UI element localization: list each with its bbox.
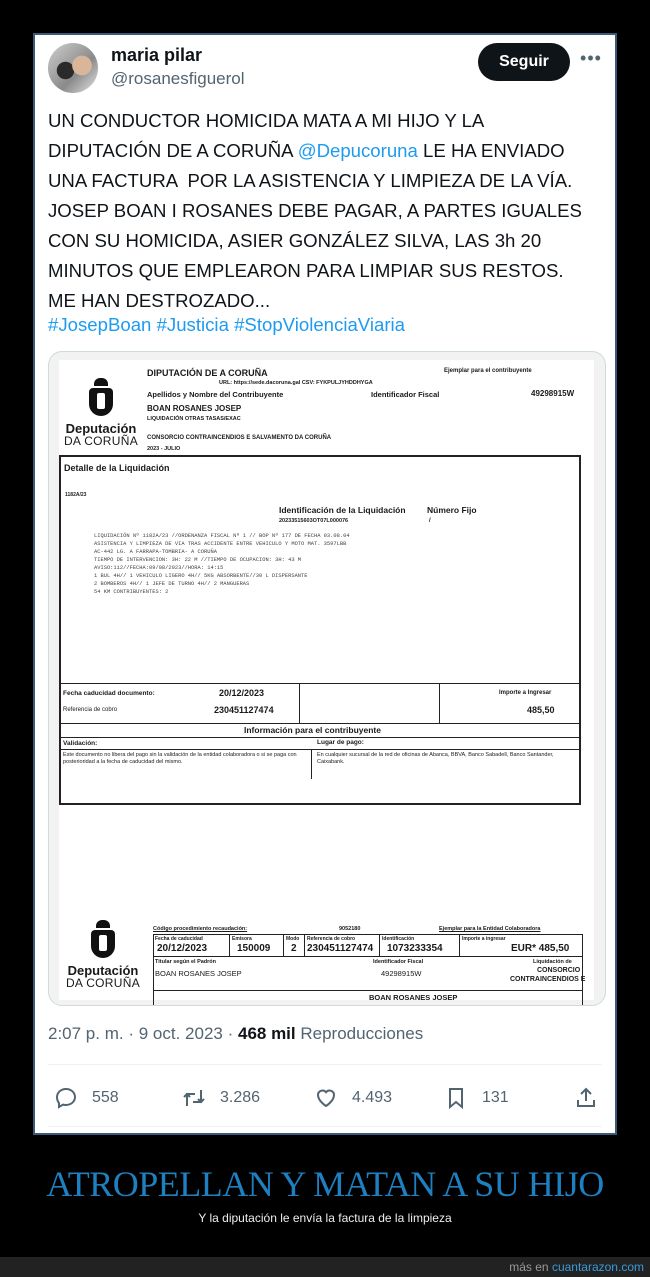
mention-link[interactable]: @Depucoruna [298, 140, 418, 161]
crest-icon [89, 920, 117, 960]
retweet-icon [182, 1086, 206, 1110]
tweet-text-part2: LE HA ENVIADO UNA FACTURA POR LA ASISTEN… [48, 140, 582, 311]
more-horizontal-icon[interactable]: ••• [580, 51, 602, 71]
tweet-card: maria pilar @rosanesfiguerol Seguir ••• … [33, 33, 617, 1135]
bookmark-count: 131 [482, 1089, 509, 1107]
place-label: Lugar de pago: [317, 739, 364, 746]
follow-button[interactable]: Seguir [478, 43, 570, 81]
retweet-button[interactable]: 3.286 [182, 1080, 260, 1116]
tweet-meta: 2:07 p. m. · 9 oct. 2023 · 468 mil Repro… [48, 1024, 423, 1044]
info-title: Información para el contribuyente [244, 725, 381, 735]
slip-issuer: 150009 [237, 943, 270, 954]
fixed-number-value: / [429, 518, 431, 524]
validation-label: Validación: [63, 740, 97, 747]
ident-value: 20233515603OT07L000076 [279, 518, 348, 524]
hashtags: #JosepBoan #Justicia #StopViolenciaViari… [48, 310, 405, 340]
footer-site-link[interactable]: cuantarazon.com [552, 1260, 644, 1274]
divider [48, 1064, 602, 1065]
author-handle[interactable]: @rosanesfiguerol [111, 69, 245, 89]
slip-fiscal: 49298915W [381, 969, 421, 978]
consortium: CONSORCIO CONTRAINCENDIOS E SALVAMENTO D… [147, 435, 331, 441]
like-button[interactable]: 4.493 [314, 1080, 392, 1116]
amount-label: Importe a Ingresar [499, 690, 551, 696]
fiscal-id: 49298915W [531, 389, 574, 398]
procedure-label: Código procedimiento recaudación: [153, 926, 247, 932]
views-label: Reproducciones [300, 1024, 423, 1043]
taxpayer-name: BOAN ROSANES JOSEP [147, 404, 241, 413]
period: 2023 - JULIO [147, 446, 180, 452]
tweet-media-image[interactable]: Deputación DA CORUÑA DIPUTACIÓN DE A COR… [48, 351, 606, 1006]
place-text: En cualquier sucursal de la red de ofici… [317, 752, 579, 765]
slip-mode: 2 [291, 943, 297, 954]
like-count: 4.493 [352, 1089, 392, 1107]
expiry-value: 20/12/2023 [219, 688, 264, 698]
invoice-document: Deputación DA CORUÑA DIPUTACIÓN DE A COR… [59, 360, 594, 1000]
detail-title: Detalle de la Liquidación [64, 463, 170, 473]
share-button[interactable] [574, 1080, 598, 1116]
ref-label: Referencia de cobro [63, 707, 117, 713]
tweet-header: maria pilar @rosanesfiguerol Seguir ••• [48, 43, 602, 99]
slip-ref: 230451127474 [307, 943, 373, 954]
fiscal-id-label: Identificador Fiscal [371, 390, 439, 399]
author-name[interactable]: maria pilar [111, 45, 202, 66]
reply-button[interactable]: 558 [54, 1080, 119, 1116]
slip-bottom-name: BOAN ROSANES JOSEP [369, 993, 457, 1002]
deputacion-logo-bottom: Deputación DA CORUÑA [63, 920, 143, 989]
procedure-value: 9052180 [339, 926, 360, 932]
issuer: DIPUTACIÓN DE A CORUÑA [147, 368, 268, 378]
slip-expiry: 20/12/2023 [157, 943, 207, 954]
deputacion-logo: Deputación DA CORUÑA [61, 378, 141, 447]
caption-title: ATROPELLAN Y MATAN A SU HIJO [0, 1163, 650, 1205]
crest-icon [87, 378, 115, 418]
divider [48, 1126, 602, 1127]
slip-id: 1073233354 [387, 943, 443, 954]
validation-text: Este documento no libera del pago sin la… [63, 752, 303, 765]
detail-lines: LIQUIDACIÓN Nº 1182A/23 //ORDENANZA FISC… [94, 532, 350, 596]
tweet-date[interactable]: 9 oct. 2023 [139, 1024, 223, 1043]
taxpayer-label: Apellidos y Nombre del Contribuyente [147, 390, 283, 399]
ident-label: Identificación de la Liquidación [279, 505, 406, 515]
heart-icon [314, 1086, 338, 1110]
reply-count: 558 [92, 1089, 119, 1107]
hashtag-link[interactable]: #JosepBoan [48, 314, 151, 335]
footer-text: más en cuantarazon.com [509, 1260, 644, 1274]
tweet-actions: 558 3.286 4.493 131 [48, 1080, 602, 1116]
slip-amount: EUR* 485,50 [511, 943, 569, 954]
hashtag-link[interactable]: #Justicia [157, 314, 229, 335]
amount-value: 485,50 [527, 705, 555, 715]
slip-holder: BOAN ROSANES JOSEP [155, 969, 242, 978]
copy-label: Ejemplar para el contribuyente [444, 368, 532, 374]
share-icon [574, 1086, 598, 1110]
tweet-time[interactable]: 2:07 p. m. [48, 1024, 124, 1043]
caption-subtitle: Y la diputación le envía la factura de l… [0, 1211, 650, 1225]
expiry-label: Fecha caducidad documento: [63, 690, 155, 697]
copy2-label: Ejemplar para la Entidad Colaboradora [439, 926, 540, 932]
ref-value: 230451127474 [214, 705, 274, 715]
footer-bar: más en cuantarazon.com [0, 1257, 650, 1277]
bookmark-icon [444, 1086, 468, 1110]
tweet-text: UN CONDUCTOR HOMICIDA MATA A MI HIJO Y L… [48, 106, 608, 316]
bookmark-button[interactable]: 131 [444, 1080, 509, 1116]
views-count: 468 mil [238, 1024, 296, 1043]
reply-icon [54, 1086, 78, 1110]
retweet-count: 3.286 [220, 1089, 260, 1107]
footer-prefix: más en [509, 1260, 548, 1274]
fixed-number-label: Número Fijo [427, 505, 477, 515]
hashtag-link[interactable]: #StopViolenciaViaria [234, 314, 405, 335]
avatar[interactable] [48, 43, 98, 93]
detail-code: 1182A/23 [65, 492, 86, 498]
settlement-type: LIQUIDACIÓN OTRAS TASAS/EXAC [147, 416, 241, 422]
url-line: URL: https://sede.dacoruna.gal CSV: FYKP… [219, 380, 373, 386]
